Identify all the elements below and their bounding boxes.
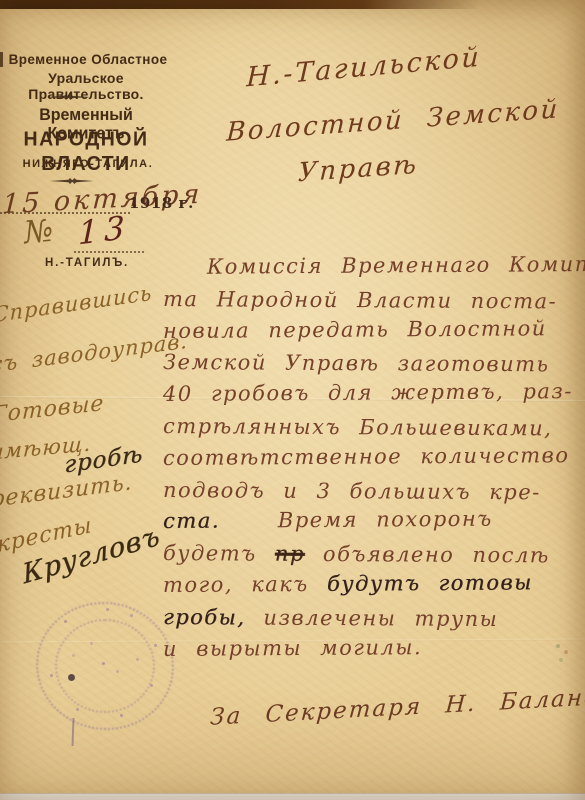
body-segment: извлечены трупы (245, 605, 498, 631)
body-line: 40 гробовъ для жертвъ, раз- (163, 376, 577, 411)
number-dotted-rule (74, 251, 144, 253)
margin-note: Готовые (0, 391, 105, 428)
body-segment: гробы, (163, 605, 245, 630)
body-segment: пр (275, 542, 305, 566)
ornament-divider-icon (46, 93, 90, 101)
stamp-speckles (102, 662, 105, 665)
addressee-line: Волостной Земской (226, 94, 561, 147)
body-text: Комиссія Временнаго Комите-та Народной В… (163, 252, 577, 665)
letterhead-government-line2: Уральское Правительство. (0, 70, 182, 102)
scan-bottom-edge (0, 793, 585, 800)
body-segment: того, какъ (163, 572, 327, 597)
body-segment: Земской Управѣ заготовить (163, 350, 550, 376)
addressee-line: Н.-Тагильской (246, 42, 482, 94)
body-segment: стрѣлянныхъ Большевиками, (163, 414, 552, 440)
body-segment: будутъ готовы (327, 570, 533, 595)
body-segment: объявлено послѣ (305, 542, 550, 567)
margin-note: съ заводоуправ. (0, 329, 188, 377)
date-printed-year: 1918 г. (129, 194, 194, 212)
body-line: того, какъ будутъ готовы (163, 567, 577, 602)
body-line: новила передать Волостной (163, 313, 577, 348)
stamp-inner-ring (55, 619, 155, 713)
body-segment: соотвѣтственное количество (163, 443, 570, 470)
addressee-block: Н.-Тагильской Волостной Земской Управѣ (232, 50, 552, 210)
body-segment: Время похоронъ (278, 507, 493, 532)
body-segment: будетъ (163, 541, 275, 566)
body-line: ста.Время похоронъ (163, 503, 577, 538)
body-segment: 40 гробовъ для жертвъ, раз- (163, 379, 573, 406)
body-segment: Комиссія Временнаго Комите- (207, 252, 585, 279)
body-segment: подводъ и 3 большихъ кре- (163, 478, 541, 504)
document-number-value: 13 (78, 208, 131, 253)
document-page: Временное Областное Уральское Правительс… (0, 0, 585, 800)
body-segment: и вырыты могилы. (163, 635, 422, 661)
ink-mark (72, 718, 75, 746)
addressee-line: Управѣ (297, 150, 419, 189)
document-number-sign: № (22, 213, 54, 251)
letterhead-committee-line3: НИЖНЯГО-ТАГИЛА. (14, 158, 162, 170)
body-line: и вырыты могилы. (163, 631, 577, 666)
stamp-outer-ring (28, 593, 182, 739)
body-line: Комиссія Временнаго Комите- (163, 249, 577, 284)
body-line: соотвѣтственное количество (163, 440, 577, 475)
letterhead-government-line1: Временное Областное (0, 52, 178, 67)
stamp-icon (36, 602, 174, 730)
signature-line: За Секретаря Н. Балановъ. (209, 685, 582, 731)
paper-speck (556, 644, 560, 648)
margin-note: Справившись (0, 281, 152, 328)
stamp-center-dot (68, 674, 75, 681)
scan-top-edge (0, 0, 585, 9)
body-segment: ста. (163, 509, 220, 533)
body-segment: та Народной Власти поста- (163, 287, 557, 313)
letterhead-place: Н.-ТАГИЛЪ. (0, 257, 176, 269)
body-segment: новила передать Волостной (163, 316, 547, 343)
